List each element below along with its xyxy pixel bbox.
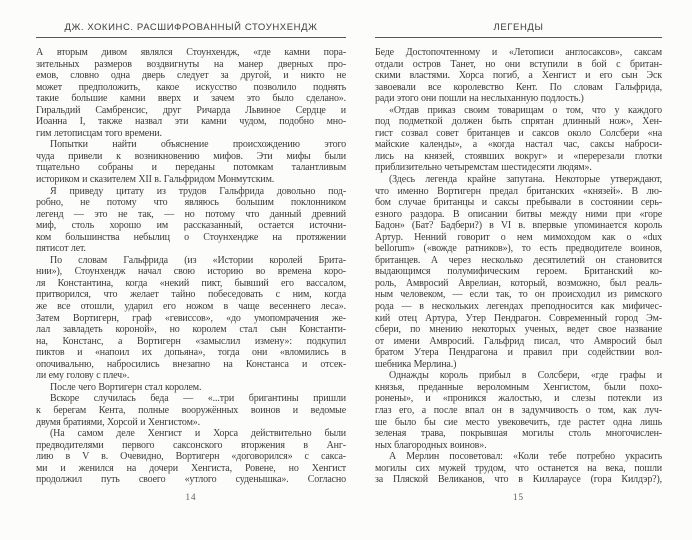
left-page-body: А вторым дивом являлся Стоунхендж, «где … [36, 47, 346, 486]
paragraph: А вторым дивом являлся Стоунхендж, «где … [36, 47, 346, 139]
text-line: ля Константина, когда «некий пикт, бывши… [36, 278, 346, 290]
text-line: майские календы», а «когда настал час, с… [375, 139, 662, 151]
text-line: А Мерлин посоветовал: «Коли тебе потребн… [375, 451, 662, 463]
text-line: за Пляской Великанов, что в Киллараусе (… [375, 474, 662, 486]
paragraph: Попытки найти объяснение происхождению э… [36, 139, 346, 185]
text-line: Беде Достопочтенному и «Летописи англоса… [375, 47, 662, 59]
text-line: могилы сих мужей трудом, что останется н… [375, 463, 662, 475]
paragraph: Я приведу цитату из трудов Гальфрида дов… [36, 186, 346, 255]
text-line: рода — в нескольких легендах преподносит… [375, 301, 662, 313]
text-line: гим летописцам того времени. [36, 128, 346, 140]
text-line: робно, не потому что являюсь большим пок… [36, 197, 346, 209]
text-line: езного раздора. В описании битвы между н… [375, 209, 662, 221]
text-line: британцев. А через несколько десятилетий… [375, 255, 662, 267]
text-line: лись на князей, стоявших вокруг» и «пере… [375, 151, 662, 163]
text-line: нии»), Стоунхендж начал свою историю во … [36, 266, 346, 278]
right-page-number: 15 [375, 492, 662, 502]
text-line: скими властями. Хорса погиб, а Хенгист и… [375, 70, 662, 82]
right-running-head: ЛЕГЕНДЫ [375, 22, 662, 33]
text-line: ше было бы сие место увековечить, где ра… [375, 417, 662, 429]
text-line: ли ему голову с плеч». [36, 370, 346, 382]
text-line: легенд — это не так, — но потому что дан… [36, 209, 346, 221]
text-line: миф, столь хорошо им рассказанный, остае… [36, 220, 346, 232]
text-line: (На самом деле Хенгист и Хорса действите… [36, 428, 346, 440]
text-line: опочивальню, набросились внезапно на Кон… [36, 359, 346, 371]
text-line: двумя братиями, Хорсой и Хенгистом». [36, 417, 346, 429]
right-page: ЛЕГЕНДЫ Беде Достопочтенному и «Летописи… [375, 0, 662, 502]
text-line: может предположить, какое искусство позв… [36, 82, 346, 94]
left-head-rule [36, 37, 346, 38]
text-line: завоевали все королевство Кент. По слова… [375, 82, 662, 94]
left-running-head: ДЖ. ХОКИНС. РАСШИФРОВАННЫЙ СТОУНХЕНДЖ [36, 22, 346, 33]
paragraph: Однажды король прибыл в Солсбери, «где г… [375, 370, 662, 451]
text-line: под подметкой должен быть спрятан длинны… [375, 116, 662, 128]
text-line: тщательно собраны и переданы потомкам та… [36, 162, 346, 174]
text-line: на, Констанс, а Вортигерн «замыслил изме… [36, 336, 346, 348]
left-page-number: 14 [36, 492, 346, 502]
paragraph: (На самом деле Хенгист и Хорса действите… [36, 428, 346, 486]
text-line: лию в V в. Очевидно, Вортигерн «договори… [36, 451, 346, 463]
text-line: (Здесь легенда крайне запутана. Некоторы… [375, 174, 662, 186]
text-line: историком и сказителем XII в. Гальфридом… [36, 174, 346, 186]
right-head-rule [375, 37, 662, 38]
text-line: от имени Амвросий. Гальфрид писал, что А… [375, 336, 662, 348]
text-line: роль, Амвросий Аврелиан, который, возмож… [375, 278, 662, 290]
text-line: Иоанна I, также назвал эти камни чудом, … [36, 116, 346, 128]
text-line: Затем Вортигерн, граф «гевиссов», «до ум… [36, 313, 346, 325]
text-line: братом Утера Пендрагона и правил при сод… [375, 347, 662, 359]
text-line: князья, преданные вероломным Хенгистом, … [375, 382, 662, 394]
text-line: Гиральдий Самбренсис, друг Ричарда Львин… [36, 105, 346, 117]
text-line: ми и женился на дочери Хенгиста, Ровене,… [36, 463, 346, 475]
text-line: После чего Вортигерн стал королем. [36, 382, 346, 394]
text-line: ком большинства небылиц о Стоунхендже на… [36, 232, 346, 244]
paragraph: После чего Вортигерн стал королем. [36, 382, 346, 394]
text-line: продолжил путь своего «утлого суденышка»… [36, 474, 346, 486]
text-line: ради этого они пошли на неслыханную подл… [375, 93, 662, 105]
text-line: приблизительно четыремстам шестидесяти л… [375, 162, 662, 174]
text-line: шебника Мерлина.) [375, 359, 662, 371]
text-line: выдающимся полумифическим героем. Британ… [375, 266, 662, 278]
text-line: глаз его, а после впал он в задумчивость… [375, 405, 662, 417]
text-line: такие большие камни вверх и зачем это бы… [36, 93, 346, 105]
paragraph: По словам Гальфрида (из «Истории королей… [36, 255, 346, 382]
text-line: ронены», и «проникся жалостью, и слезы п… [375, 393, 662, 405]
text-line: чуда привели к возникновению мифов. Эти … [36, 151, 346, 163]
text-line: ным человеком, — если так, то он происхо… [375, 289, 662, 301]
text-line: предводителями первого саксонского вторж… [36, 440, 346, 452]
text-line: зительных размеров воздвигнуты на манер … [36, 59, 346, 71]
text-line: пиктов и «напоил их допьяна», тогда они … [36, 347, 346, 359]
text-line: Вскоре случилась беда — «...три бриганти… [36, 393, 346, 405]
text-line: bellorum» («вожде ратников»), то есть пр… [375, 243, 662, 255]
text-line: же все отошли, ударил его ножом в чаще в… [36, 301, 346, 313]
text-line: лал завладеть короной», но королем стал … [36, 324, 346, 336]
text-line: ных благородных воинов». [375, 440, 662, 452]
paragraph: (Здесь легенда крайне запутана. Некоторы… [375, 174, 662, 370]
text-line: Однажды король прибыл в Солсбери, «где г… [375, 370, 662, 382]
paragraph: Вскоре случилась беда — «...три бриганти… [36, 393, 346, 428]
text-line: Бадон» (Бат? Бадбери?) в VI в. впервые у… [375, 220, 662, 232]
text-line: А вторым дивом являлся Стоунхендж, «где … [36, 47, 346, 59]
left-page: ДЖ. ХОКИНС. РАСШИФРОВАННЫЙ СТОУНХЕНДЖ А … [36, 0, 346, 502]
text-line: Я приведу цитату из трудов Гальфрида дов… [36, 186, 346, 198]
text-line: Попытки найти объяснение происхождению э… [36, 139, 346, 151]
text-line: По словам Гальфрида (из «Истории королей… [36, 255, 346, 267]
text-line: емов, словно одна дверь следует за друго… [36, 70, 346, 82]
text-line: зеленая трава, покрывшая могилы столь мн… [375, 428, 662, 440]
text-line: пятисот лет. [36, 243, 346, 255]
paragraph: Беде Достопочтенному и «Летописи англоса… [375, 47, 662, 105]
text-line: гист созвал совет британцев и саксов око… [375, 128, 662, 140]
text-line: сбери, по мнению некоторых ученых, ведет… [375, 324, 662, 336]
text-line: Артур. Ненний говорит о нем мимоходом ка… [375, 232, 662, 244]
paragraph: А Мерлин посоветовал: «Коли тебе потребн… [375, 451, 662, 486]
text-line: отдали остров Танет, но они вступили в б… [375, 59, 662, 71]
text-line: «Отдав приказ своим товарищам о том, что… [375, 105, 662, 117]
text-line: кий отец Артура, Утер Пендрагон. Совреме… [375, 313, 662, 325]
text-line: к берегам Кента, полные вооружённых воин… [36, 405, 346, 417]
book-spread: { "left_page": { "header": "ДЖ. ХОКИНС. … [0, 0, 692, 540]
paragraph: «Отдав приказ своим товарищам о том, что… [375, 105, 662, 174]
text-line: притворился, что желает тайно побеседова… [36, 289, 346, 301]
text-line: бом случае британцы и саксы пребывали в … [375, 197, 662, 209]
text-line: что именно Вортигерн предал британских «… [375, 186, 662, 198]
right-page-body: Беде Достопочтенному и «Летописи англоса… [375, 47, 662, 486]
